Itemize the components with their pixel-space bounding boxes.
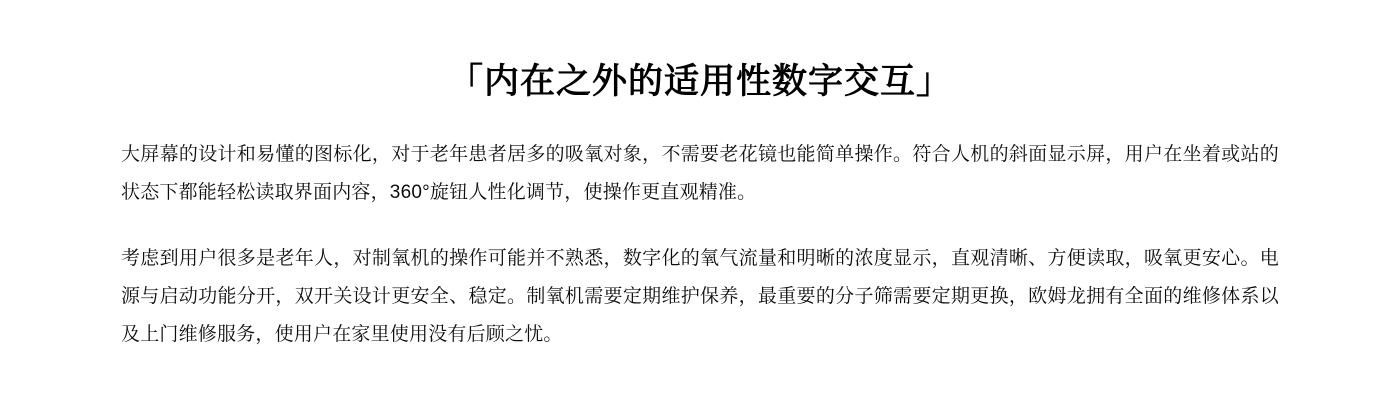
- paragraph-display-design: 大屏幕的设计和易懂的图标化，对于老年患者居多的吸氧对象，不需要老花镜也能简单操作…: [121, 136, 1279, 212]
- content-section: 「内在之外的适用性数字交互」 大屏幕的设计和易懂的图标化，对于老年患者居多的吸氧…: [121, 0, 1279, 354]
- paragraph-usability-maintenance: 考虑到用户很多是老年人，对制氧机的操作可能并不熟悉，数字化的氧气流量和明晰的浓度…: [121, 240, 1279, 354]
- section-title: 「内在之外的适用性数字交互」: [121, 60, 1279, 104]
